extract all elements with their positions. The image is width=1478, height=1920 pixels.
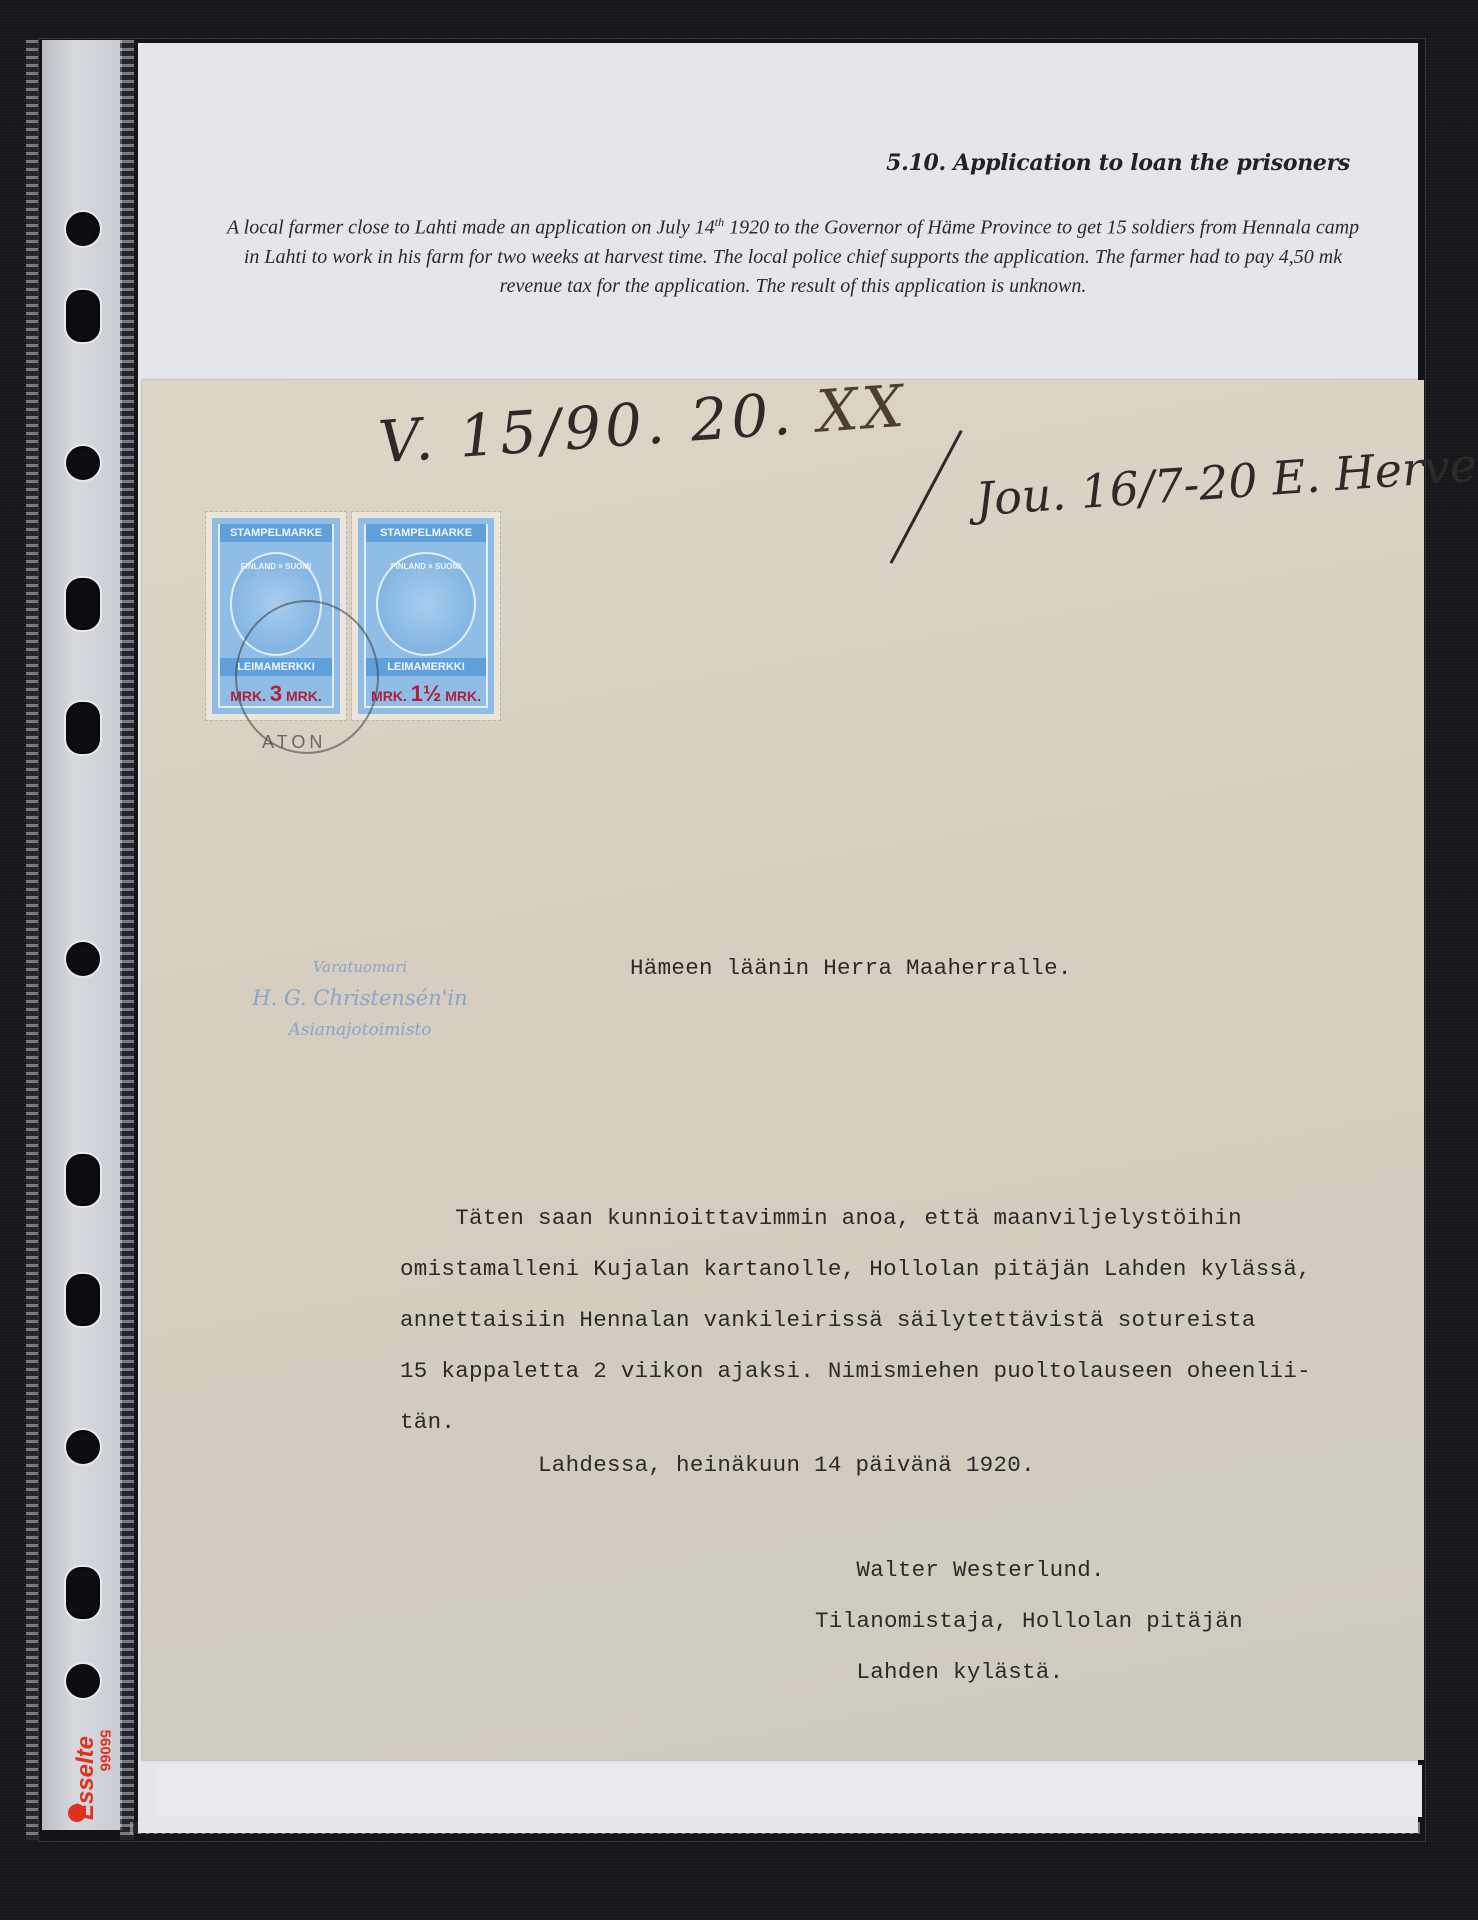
- signature-title: Tilanomistaja, Hollolan pitäjän: [815, 1608, 1243, 1634]
- sleeve-brand-label: Esselte 56066: [62, 1712, 122, 1822]
- reference-marks: XX: [815, 372, 910, 446]
- binder-hole: [64, 288, 102, 344]
- stamp-top-label: STAMPELMARKE: [220, 524, 332, 542]
- signature-location: Lahden kylästä.: [815, 1659, 1063, 1685]
- coat-of-arms-icon: FINLAND × SUOMI: [376, 552, 476, 656]
- product-code: 56066: [96, 1730, 113, 1772]
- binder-hole: [64, 700, 102, 756]
- postmark-cancel-icon: [235, 600, 379, 754]
- binder-hole: [64, 1152, 102, 1208]
- postmark-text: ATON: [262, 732, 326, 753]
- letter-body-line: tän.: [400, 1409, 455, 1435]
- binder-hole: [64, 940, 102, 978]
- letter-body-line: 15 kappaletta 2 viikon ajaksi. Nimismieh…: [400, 1358, 1311, 1384]
- sleeve-perforation-right: [120, 40, 134, 1840]
- binder-hole: [64, 1272, 102, 1328]
- stamp-top-label: STAMPELMARKE: [366, 524, 486, 542]
- binder-hole: [64, 444, 102, 482]
- sleeve-perforation-left: [26, 40, 38, 1840]
- caption-body: A local farmer close to Lahti made an ap…: [218, 208, 1368, 301]
- caption-card-bottom: [156, 1765, 1422, 1817]
- stamp-seal-text: FINLAND × SUOMI: [232, 562, 320, 571]
- letter-addressee: Hämeen läänin Herra Maaherralle.: [630, 955, 1072, 981]
- binder-hole: [64, 576, 102, 632]
- law-office-stamp: Varatuomari H. G. Christensén'in Asianaj…: [230, 958, 490, 1040]
- binder-hole: [64, 1428, 102, 1466]
- stamp-value: MRK. 1½ MRK.: [362, 682, 490, 706]
- letterhead-office: Asianajotoimisto: [230, 1020, 490, 1040]
- brand-logo-icon: [68, 1804, 86, 1822]
- caption-text: A local farmer close to Lahti made an ap…: [227, 217, 715, 239]
- letterhead-name: H. G. Christensén'in: [230, 986, 490, 1010]
- value-suffix: MRK.: [445, 688, 481, 704]
- binder-hole: [64, 1662, 102, 1700]
- letter-body-line: Täten saan kunnioittavimmin anoa, että m…: [400, 1205, 1242, 1231]
- letter-body-line: omistamalleni Kujalan kartanolle, Hollol…: [400, 1256, 1311, 1282]
- stamp-bottom-label: LEIMAMERKKI: [366, 658, 486, 676]
- caption-superscript: th: [715, 215, 724, 229]
- binder-hole: [64, 210, 102, 248]
- letterhead-title: Varatuomari: [230, 958, 490, 976]
- letter-dateline: Lahdessa, heinäkuun 14 päivänä 1920.: [538, 1452, 1035, 1478]
- binder-hole: [64, 1565, 102, 1621]
- signature-name: Walter Westerlund.: [815, 1557, 1105, 1583]
- letter-body-line: annettaisiin Hennalan vankileirissä säil…: [400, 1307, 1256, 1333]
- value-amount: 1½: [411, 681, 442, 706]
- stamp-seal-text: FINLAND × SUOMI: [378, 562, 474, 571]
- caption-title: 5.10. Application to loan the prisoners: [886, 150, 1350, 176]
